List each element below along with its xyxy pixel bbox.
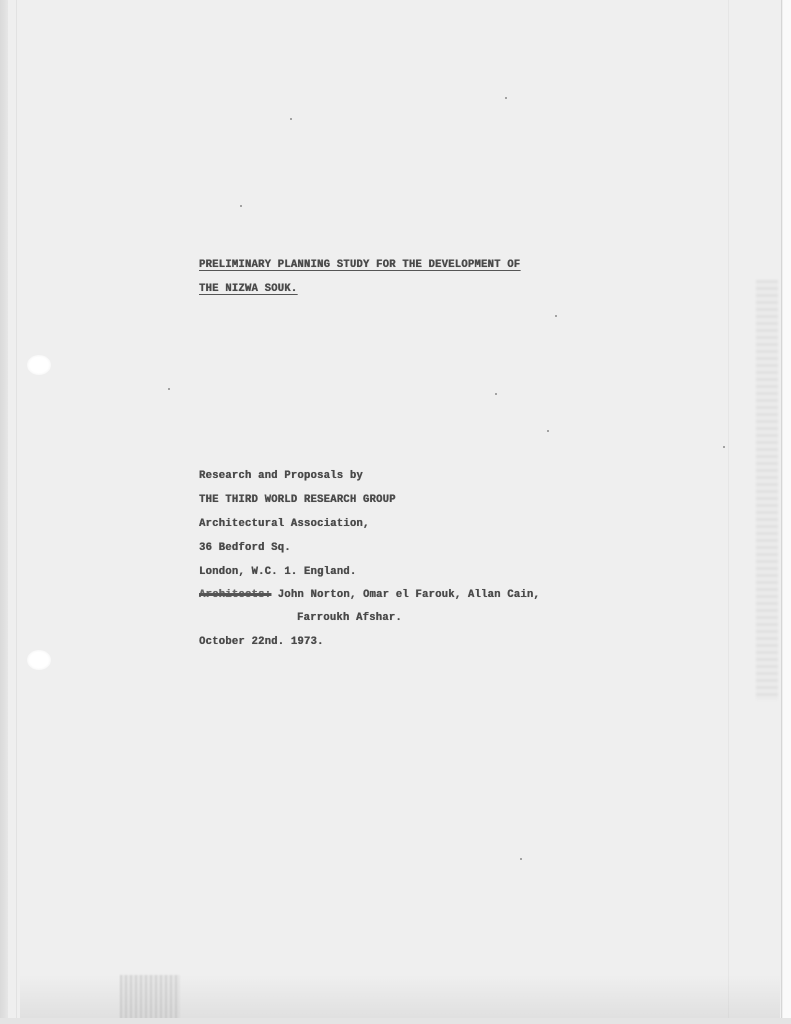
scanned-page: PRELIMINARY PLANNING STUDY FOR THE DEVEL… (0, 0, 791, 1024)
document-title-line-2: THE NIZWA SOUK. (199, 283, 297, 295)
speck (240, 205, 242, 207)
document-date: October 22nd. 1973. (199, 636, 324, 648)
scan-left-border (0, 0, 8, 1024)
speck (520, 858, 522, 860)
address-line-2: London, W.C. 1. England. (199, 566, 356, 578)
authors-line-1: John Norton, Omar el Farouk, Allan Cain, (278, 589, 540, 601)
punch-hole-icon (27, 650, 51, 670)
speck (495, 393, 497, 395)
speck (555, 315, 557, 317)
document-title-line-1: PRELIMINARY PLANNING STUDY FOR THE DEVEL… (199, 259, 520, 271)
group-name: THE THIRD WORLD RESEARCH GROUP (199, 494, 396, 506)
institution: Architectural Association, (199, 518, 370, 530)
punch-hole-icon (27, 355, 51, 375)
scan-right-inner-line (728, 0, 729, 1024)
speck (290, 118, 292, 120)
research-by-label: Research and Proposals by (199, 470, 363, 482)
struck-architects-label: Architects: (199, 589, 271, 601)
scan-left-line (16, 0, 17, 1024)
scan-right-border (783, 0, 791, 1024)
address-line-1: 36 Bedford Sq. (199, 542, 291, 554)
authors-line-2: Farroukh Afshar. (297, 612, 402, 624)
authors-row: Architects: John Norton, Omar el Farouk,… (199, 589, 540, 601)
speck (723, 446, 725, 448)
scan-smudge-right (756, 280, 778, 700)
scan-right-line (781, 0, 782, 1024)
speck (168, 388, 170, 390)
scan-smudge-bottom-dark (120, 975, 180, 1024)
scan-bottom-edge (0, 1018, 791, 1024)
speck (547, 430, 549, 432)
speck (505, 97, 507, 99)
